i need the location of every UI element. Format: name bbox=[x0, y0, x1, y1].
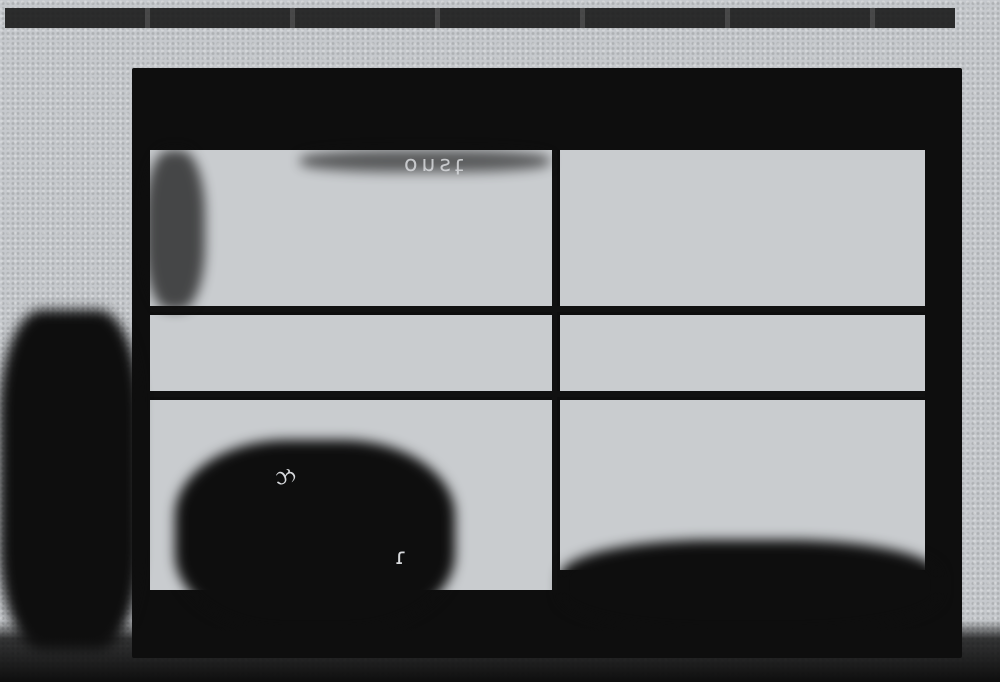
horizontal-divider-lower bbox=[150, 391, 925, 397]
ink-blot-left-edge bbox=[0, 310, 140, 650]
panel-top-left bbox=[150, 150, 552, 308]
panel-middle-right bbox=[560, 315, 925, 393]
panel-top-right bbox=[560, 150, 925, 308]
mark-fragment-2: ɾ bbox=[395, 545, 407, 570]
panel-middle-left bbox=[150, 315, 552, 393]
top-ink-strip bbox=[5, 8, 955, 28]
ink-smear-left bbox=[145, 150, 205, 310]
reversed-text-fragment: ʇsuo bbox=[400, 152, 464, 177]
ink-blot-lower-right bbox=[560, 540, 940, 630]
vertical-divider bbox=[552, 150, 557, 590]
bottom-ink-band bbox=[0, 620, 1000, 682]
horizontal-divider-upper bbox=[150, 306, 925, 312]
ink-blot-lower-left bbox=[175, 440, 455, 630]
print-artwork: ʇsuo ઝ ɾ bbox=[0, 0, 1000, 682]
